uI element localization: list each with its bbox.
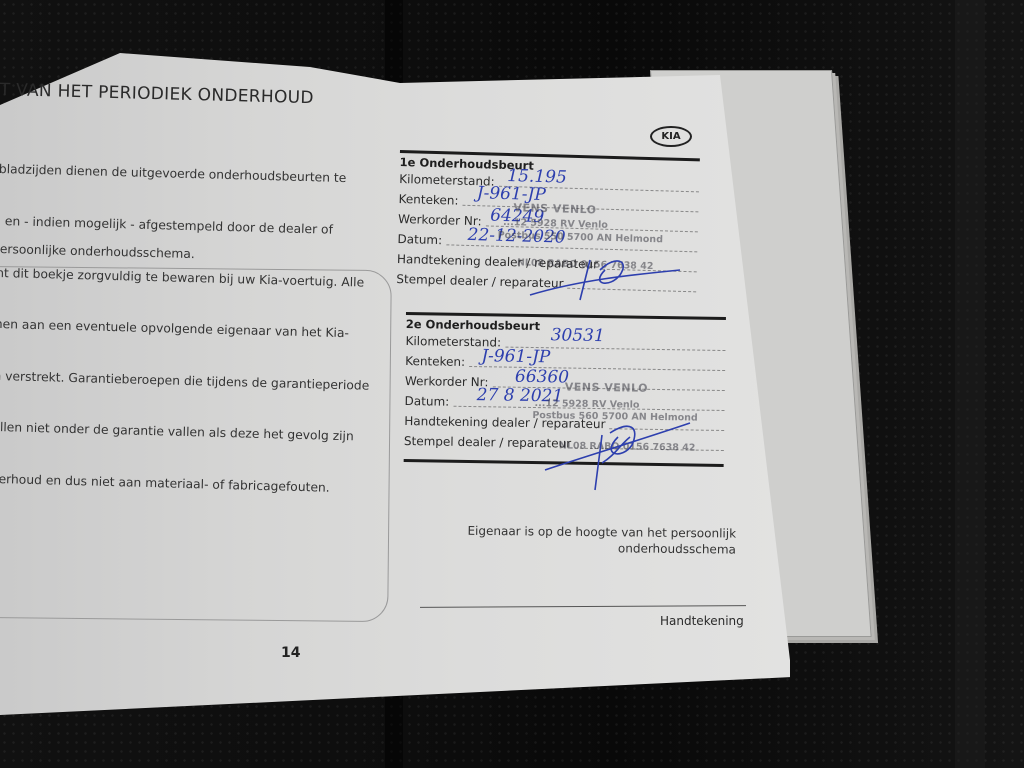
field-label: Stempel dealer / reparateur [404, 431, 571, 454]
service-record-2: 2e Onderhoudsbeurt Kilometerstand: 30531… [404, 312, 726, 467]
stamp-text: NL08 RABO 0156 7638 42 [559, 440, 696, 453]
dotted-line [567, 274, 696, 293]
owner-note-line: Eigenaar is op de hoogte van het persoon… [440, 522, 736, 541]
plate-value: J-961-JP [481, 346, 550, 367]
stamp-text: ...12 5928 RV Venlo [534, 398, 639, 411]
notes-box [0, 266, 392, 622]
stamp-text: VENS VENLO [565, 381, 648, 395]
intro-line: l en - indien mogelijk - afgestempeld do… [0, 213, 378, 240]
seat-seam [955, 0, 985, 768]
field-label: Kenteken: [398, 189, 458, 211]
service-record-1: 1e Onderhoudsbeurt Kilometerstand: 15.19… [396, 150, 700, 297]
stamp-text: VENS VENLO [513, 201, 597, 216]
owner-acknowledgement: Eigenaar is op de hoogte van het persoon… [440, 522, 736, 557]
kia-logo: KIA [650, 126, 692, 147]
page-number: 14 [281, 645, 300, 661]
owner-signature-label: Handtekening [660, 614, 744, 628]
field-label: Datum: [397, 229, 442, 250]
owner-note-line: onderhoudsschema [440, 538, 736, 557]
intro-line: bladzijden dienen de uitgevoerde onderho… [0, 161, 379, 188]
work-order-value: 66360 [515, 367, 569, 388]
field-label: Datum: [404, 391, 449, 412]
mileage-value: 30531 [550, 325, 604, 346]
field-label: Kenteken: [405, 351, 465, 372]
